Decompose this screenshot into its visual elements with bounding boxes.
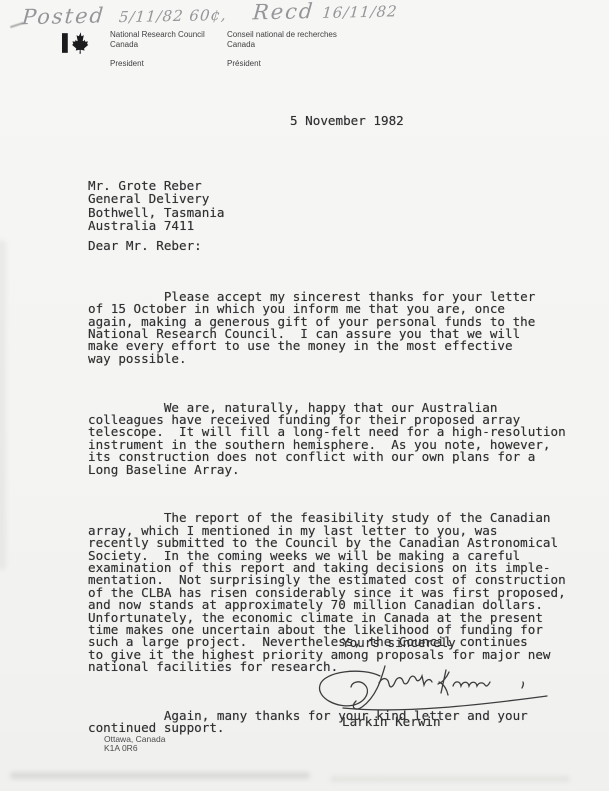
salutation: Dear Mr. Reber: [88, 240, 202, 252]
handwritten-signature [300, 655, 550, 720]
canada-flag-icon [62, 32, 93, 59]
org-name-en-line2: Canada [110, 40, 205, 50]
recipient-address: Mr. Grote Reber General Delivery Bothwel… [88, 179, 224, 233]
note-posted-date: 5/11/82 60¢, [118, 6, 227, 26]
handwritten-postal-note: Posted5/11/82 60¢,Recd16/11/82 [21, 0, 423, 29]
org-name-fr-line2: Canada [227, 40, 337, 50]
org-name-en-line1: National Research Council [110, 30, 205, 40]
footer-address: Ottawa, Canada K1A 0R6 [104, 735, 165, 753]
scan-smudge [0, 240, 6, 570]
letterhead-english: National Research Council Canada Preside… [110, 30, 205, 69]
note-recd-date: 16/11/82 [322, 2, 399, 22]
office-title-en: President [110, 59, 205, 69]
office-title-fr: Président [227, 59, 337, 69]
org-name-fr-line1: Conseil national de recherches [227, 30, 337, 40]
scan-smudge [10, 772, 310, 779]
note-posted-word: Posted [21, 3, 106, 29]
note-recd-word: Recd [252, 0, 315, 24]
letter-date: 5 November 1982 [290, 115, 404, 127]
letterhead-french: Conseil national de recherches Canada Pr… [227, 30, 337, 69]
typed-signature-name: Larkin Kerwin [342, 716, 441, 728]
paragraph-2: We are, naturally, happy that our Austra… [88, 402, 566, 476]
paragraph-3: The report of the feasibility study of t… [88, 512, 566, 673]
complimentary-closing: Yours sincerely [342, 637, 456, 649]
paragraph-1: Please accept my sincerest thanks for yo… [88, 291, 566, 365]
letter-scan: Posted5/11/82 60¢,Recd16/11/82 National … [0, 0, 609, 791]
scan-smudge [330, 776, 570, 782]
